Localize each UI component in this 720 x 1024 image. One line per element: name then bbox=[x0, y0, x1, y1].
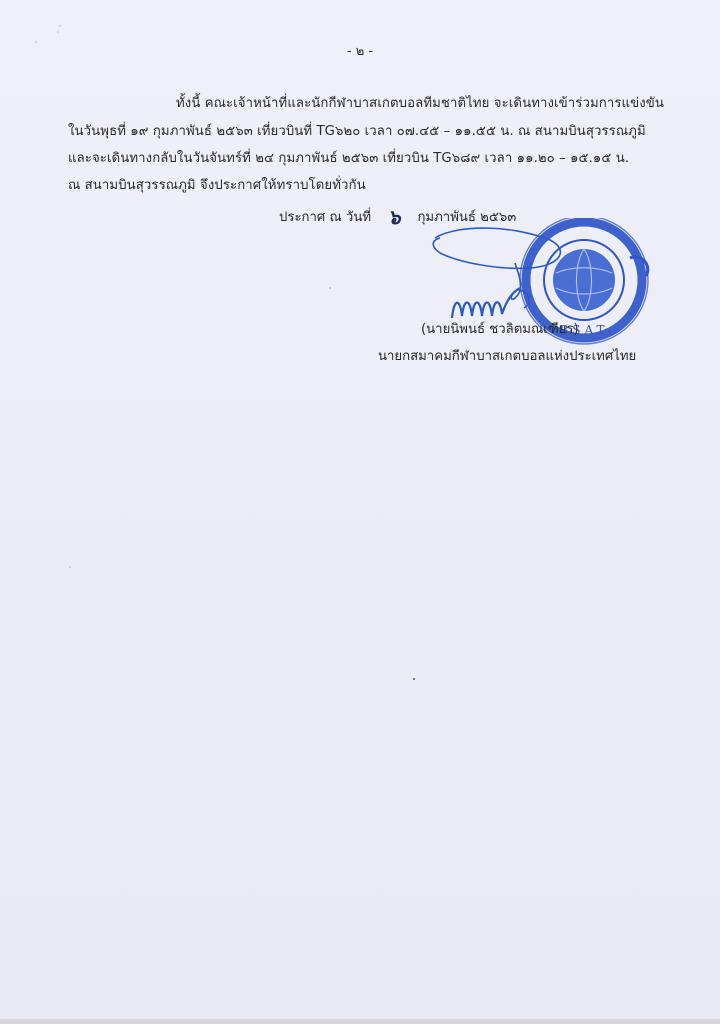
page-bottom-edge bbox=[0, 1019, 720, 1024]
announcement-prefix: ประกาศ ณ วันที่ bbox=[279, 210, 371, 225]
signatory-title: นายกสมาคมกีฬาบาสเกตบอลแห่งประเทศไทย bbox=[378, 345, 636, 366]
body-line-1: ทั้งนี้ คณะเจ้าหน้าที่และนักกีฬาบาสเกตบอ… bbox=[176, 92, 664, 113]
svg-text:*: * bbox=[628, 311, 632, 320]
body-line-2: ในวันพุธที่ ๑๙ กุมภาพันธ์ ๒๕๖๓ เที่ยวบิน… bbox=[68, 120, 646, 141]
handwritten-day: ๖ bbox=[375, 201, 413, 233]
page-number: - ๒ - bbox=[0, 40, 720, 61]
document-page: - ๒ - ทั้งนี้ คณะเจ้าหน้าที่และนักกีฬาบา… bbox=[0, 0, 720, 1020]
body-line-3: และจะเดินทางกลับในวันจันทร์ที่ ๒๔ กุมภาพ… bbox=[68, 147, 629, 168]
body-line-4: ณ สนามบินสุวรรณภูมิ จึงประกาศให้ทราบโดยท… bbox=[68, 174, 366, 195]
signatory-name: (นายนิพนธ์ ชวลิตมณเฑียร) bbox=[421, 318, 579, 339]
